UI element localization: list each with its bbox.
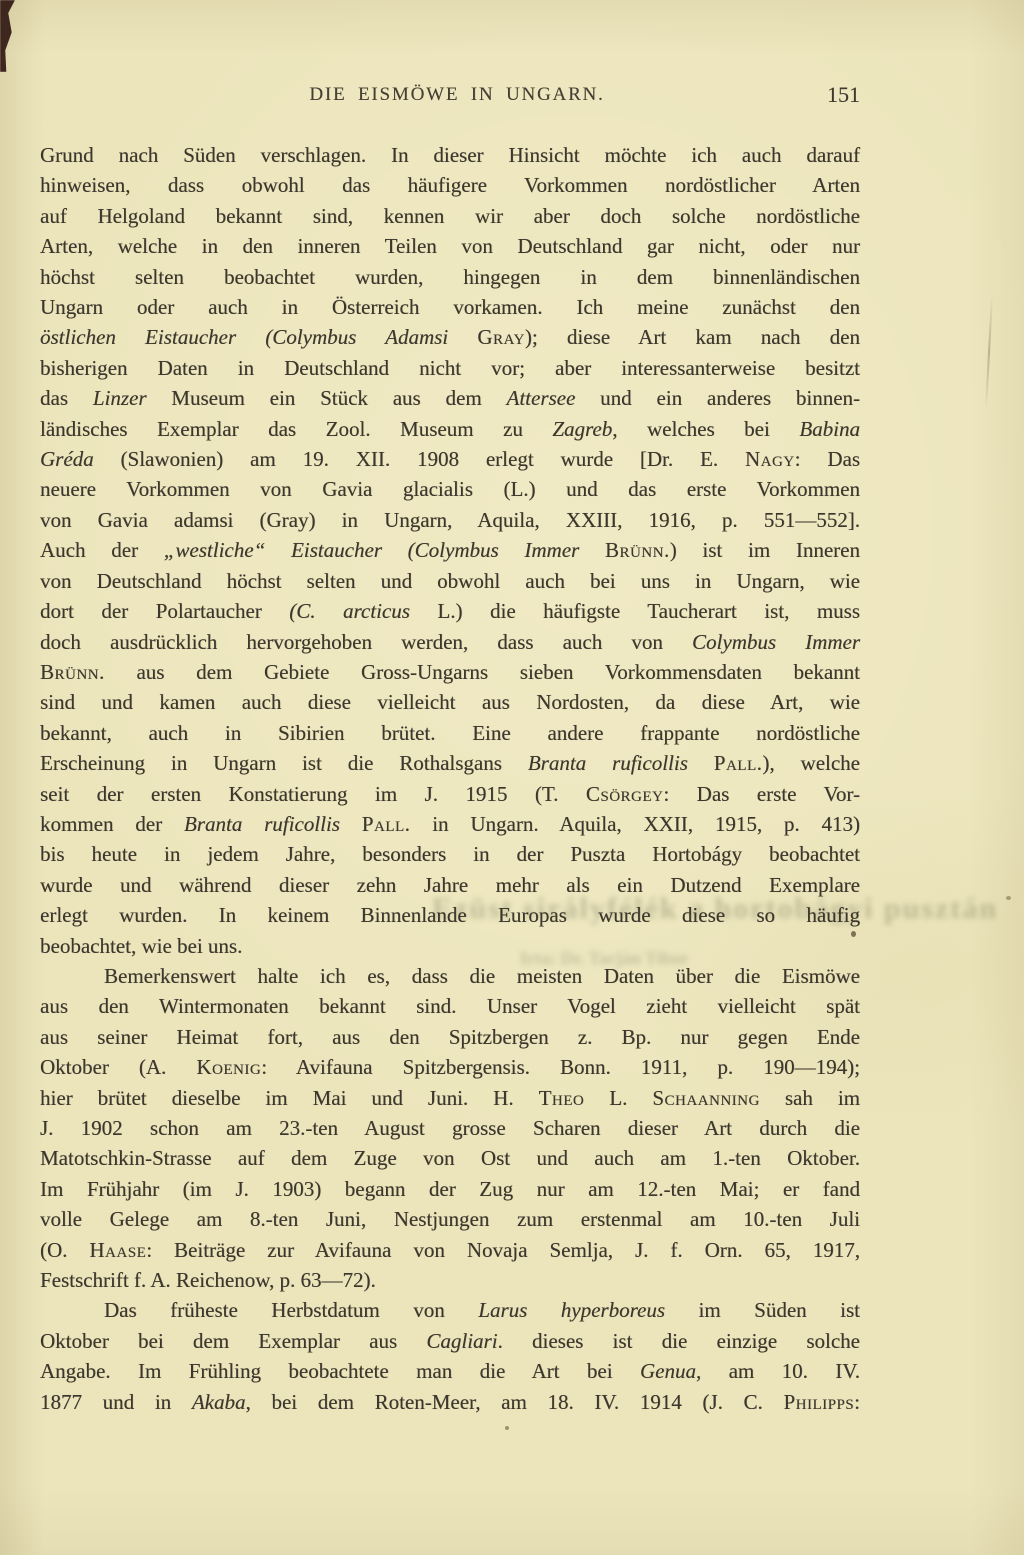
text-segment: Grund nach Süden verschlagen. In dieser … [40, 143, 860, 167]
body-text: Grund nach Süden verschlagen. In dieser … [40, 140, 860, 1417]
text-segment: Philipps [783, 1390, 854, 1414]
text-segment: in Ungarn. Aquila, XXII, 1915, p. 413) [410, 812, 860, 836]
text-segment: erlegt wurden. In keinem Binnenlande Eur… [40, 903, 860, 927]
text-segment: : Das [795, 447, 860, 471]
text-segment: das [40, 386, 93, 410]
text-line: doch ausdrücklich hervorgehoben werden, … [40, 627, 860, 657]
text-segment: höchst selten beobachtet wurden, hingege… [40, 265, 860, 289]
text-segment: Zagreb [552, 417, 612, 441]
page: DIE EISMÖWE IN UNGARN. 151 Ezüst sirályf… [0, 0, 1024, 1555]
text-segment: seit der ersten Konstatierung im J. 1915… [40, 782, 586, 806]
text-segment: . dieses ist die einzige solche [498, 1329, 860, 1353]
text-segment: Matotschkin-Strasse auf dem Zuge von Ost… [40, 1146, 860, 1170]
text-segment: hinweisen, dass obwohl das häufigere Vor… [40, 173, 860, 197]
text-segment: Nagy [745, 447, 795, 471]
text-segment: Attersee [507, 386, 576, 410]
text-segment: Bemerkenswert halte ich es, dass die mei… [104, 964, 860, 988]
text-segment: bis heute in jedem Jahre, besonders in d… [40, 842, 860, 866]
text-segment: Cagliari [426, 1329, 497, 1353]
text-segment: Haase [89, 1238, 146, 1262]
text-line: auf Helgoland bekannt sind, kennen wir a… [40, 201, 860, 231]
text-line: ländisches Exemplar das Zool. Museum zu … [40, 414, 860, 444]
running-title: DIE EISMÖWE IN UNGARN. [54, 84, 860, 106]
text-segment: ), welche [762, 751, 860, 775]
text-line: aus seiner Heimat fort, aus den Spitzber… [40, 1022, 860, 1052]
ink-smudge [0, 0, 15, 72]
text-line: bis heute in jedem Jahre, besonders in d… [40, 839, 860, 869]
text-segment: aus dem Gebiete Gross-Ungarns sieben Vor… [105, 660, 860, 684]
text-segment: Oktober bei dem Exemplar aus [40, 1329, 426, 1353]
text-segment: bisherigen Daten in Deutschland nicht vo… [40, 356, 860, 380]
text-line: seit der ersten Konstatierung im J. 1915… [40, 779, 860, 809]
page-number: 151 [827, 82, 860, 108]
text-line: wurde und während dieser zehn Jahre mehr… [40, 870, 860, 900]
text-segment: (C. arcticus [289, 599, 410, 623]
text-segment: : Beiträge zur Avifauna von Novaja Semlj… [146, 1238, 860, 1262]
text-segment: : Avifauna Spitzbergensis. Bonn. 1911, p… [261, 1055, 860, 1079]
text-segment: Babina [799, 417, 860, 441]
text-segment: Linzer [93, 386, 147, 410]
text-segment: Arten, welche in den inneren Teilen von … [40, 234, 860, 258]
text-segment: ländisches Exemplar das Zool. Museum zu [40, 417, 552, 441]
text-line: höchst selten beobachtet wurden, hingege… [40, 262, 860, 292]
text-line: aus den Wintermonaten bekannt sind. Unse… [40, 991, 860, 1021]
text-line: Brünn. aus dem Gebiete Gross-Ungarns sie… [40, 657, 860, 687]
text-line: Auch der „westliche“ Eistaucher (Colymbu… [40, 535, 860, 565]
text-line: Grund nach Süden verschlagen. In dieser … [40, 140, 860, 170]
text-line: Matotschkin-Strasse auf dem Zuge von Ost… [40, 1143, 860, 1173]
text-segment: doch ausdrücklich hervorgehoben werden, … [40, 630, 692, 654]
text-segment: , am 10. IV. [696, 1359, 860, 1383]
ink-speck [1006, 896, 1011, 900]
text-line: von Deutschland höchst selten und obwohl… [40, 566, 860, 596]
text-segment: Brünn. [40, 660, 105, 684]
text-segment: Genua [640, 1359, 696, 1383]
text-segment: L. [584, 1086, 652, 1110]
text-line: neuere Vorkommen von Gavia glacialis (L.… [40, 474, 860, 504]
text-segment [340, 812, 362, 836]
text-segment: Koenig [196, 1055, 261, 1079]
text-line: Im Frühjahr (im J. 1903) begann der Zug … [40, 1174, 860, 1204]
text-line: 1877 und in Akaba, bei dem Roten-Meer, a… [40, 1387, 860, 1417]
text-segment: Gréda [40, 447, 94, 471]
text-segment: wurde und während dieser zehn Jahre mehr… [40, 873, 860, 897]
text-line: Festschrift f. A. Reichenow, p. 63—72). [40, 1265, 860, 1295]
text-segment: kommen der [40, 812, 184, 836]
text-line: hinweisen, dass obwohl das häufigere Vor… [40, 170, 860, 200]
text-segment: Akaba [192, 1390, 246, 1414]
text-segment: (Slawonien) am 19. XII. 1908 erlegt wurd… [94, 447, 745, 471]
text-segment: , bei dem Roten-Meer, am 18. IV. 1914 (J… [246, 1390, 784, 1414]
text-line: Oktober (A. Koenig: Avifauna Spitzbergen… [40, 1052, 860, 1082]
text-segment: Csörgey [586, 782, 664, 806]
text-line: kommen der Branta ruficollis Pall. in Un… [40, 809, 860, 839]
text-line: Das früheste Herbstdatum von Larus hyper… [40, 1295, 860, 1325]
text-segment: Ungarn oder auch in Österreich vorkamen.… [40, 295, 860, 319]
text-segment: Gray [477, 325, 524, 349]
text-segment: von Deutschland höchst selten und obwohl… [40, 569, 860, 593]
text-line: bisherigen Daten in Deutschland nicht vo… [40, 353, 860, 383]
text-segment: ) ist im Inneren [670, 538, 860, 562]
text-segment: Auch der [40, 538, 164, 562]
text-segment: beobachtet, wie bei uns. [40, 934, 242, 958]
text-segment: dort der Polartaucher [40, 599, 289, 623]
text-line: sind und kamen auch diese vielleicht aus… [40, 687, 860, 717]
text-segment: Branta ruficollis [184, 812, 340, 836]
text-segment: und ein anderes binnen- [575, 386, 860, 410]
text-segment: Pall. [362, 812, 411, 836]
text-segment: , welches bei [612, 417, 799, 441]
text-line: Arten, welche in den inneren Teilen von … [40, 231, 860, 261]
text-segment: Museum ein Stück aus dem [147, 386, 507, 410]
text-line: östlichen Eistaucher (Colymbus Adamsi Gr… [40, 322, 860, 352]
text-line: bekannt, auch in Sibirien brütet. Eine a… [40, 718, 860, 748]
text-line: erlegt wurden. In keinem Binnenlande Eur… [40, 900, 860, 930]
text-segment: Erscheinung in Ungarn ist die Rothalsgan… [40, 751, 528, 775]
text-segment: Theo [539, 1086, 585, 1110]
text-segment: J. 1902 schon am 23.-ten August grosse S… [40, 1116, 860, 1140]
text-segment: „westliche“ Eistaucher (Colymbus Immer [164, 538, 605, 562]
text-line: (O. Haase: Beiträge zur Avifauna von Nov… [40, 1235, 860, 1265]
text-segment: östlichen Eistaucher (Colymbus Adamsi [40, 325, 477, 349]
ink-speck [505, 1426, 509, 1430]
text-segment: sind und kamen auch diese vielleicht aus… [40, 690, 860, 714]
text-segment: aus seiner Heimat fort, aus den Spitzber… [40, 1025, 860, 1049]
page-header: DIE EISMÖWE IN UNGARN. 151 [40, 84, 860, 110]
text-segment: ); diese Art kam nach den [525, 325, 860, 349]
text-line: hier brütet dieselbe im Mai und Juni. H.… [40, 1083, 860, 1113]
text-segment: Pall. [714, 751, 763, 775]
text-segment: bekannt, auch in Sibirien brütet. Eine a… [40, 721, 860, 745]
text-line: Gréda (Slawonien) am 19. XII. 1908 erleg… [40, 444, 860, 474]
text-segment: Oktober (A. [40, 1055, 196, 1079]
text-segment [688, 751, 714, 775]
text-line: Bemerkenswert halte ich es, dass die mei… [40, 961, 860, 991]
page-crease [985, 295, 993, 410]
text-segment: Larus hyperboreus [478, 1298, 665, 1322]
text-segment: L.) die häufigste Taucherart ist, muss [410, 599, 860, 623]
text-segment: aus den Wintermonaten bekannt sind. Unse… [40, 994, 860, 1018]
text-line: Oktober bei dem Exemplar aus Cagliari. d… [40, 1326, 860, 1356]
text-segment: Branta ruficollis [528, 751, 688, 775]
text-segment: 1877 und in [40, 1390, 192, 1414]
text-segment: (O. [40, 1238, 89, 1262]
text-segment: neuere Vorkommen von Gavia glacialis (L.… [40, 477, 860, 501]
text-segment: im Süden ist [665, 1298, 860, 1322]
text-segment: Colymbus Immer [692, 630, 860, 654]
text-segment: Im Frühjahr (im J. 1903) begann der Zug … [40, 1177, 860, 1201]
text-segment: Brünn. [605, 538, 670, 562]
text-line: volle Gelege am 8.-ten Juni, Nestjungen … [40, 1204, 860, 1234]
text-segment: von Gavia adamsi (Gray) in Ungarn, Aquil… [40, 508, 860, 532]
text-segment: : Das erste Vor- [663, 782, 860, 806]
text-segment: Das früheste Herbstdatum von [104, 1298, 478, 1322]
text-segment: Angabe. Im Frühling beobachtete man die … [40, 1359, 640, 1383]
text-segment: hier brütet dieselbe im Mai und Juni. H. [40, 1086, 539, 1110]
text-segment: : [854, 1390, 860, 1414]
text-segment: Schaanning [652, 1086, 760, 1110]
text-line: beobachtet, wie bei uns. [40, 931, 860, 961]
text-line: das Linzer Museum ein Stück aus dem Atte… [40, 383, 860, 413]
text-line: Angabe. Im Frühling beobachtete man die … [40, 1356, 860, 1386]
text-segment: auf Helgoland bekannt sind, kennen wir a… [40, 204, 860, 228]
text-segment: sah im [760, 1086, 860, 1110]
text-segment: volle Gelege am 8.-ten Juni, Nestjungen … [40, 1207, 860, 1231]
text-line: dort der Polartaucher (C. arcticus L.) d… [40, 596, 860, 626]
text-segment: Festschrift f. A. Reichenow, p. 63—72). [40, 1268, 376, 1292]
scanned-book-page: { "document": { "colors": { "paper": "#e… [0, 0, 1024, 1555]
text-line: Ungarn oder auch in Österreich vorkamen.… [40, 292, 860, 322]
text-line: Erscheinung in Ungarn ist die Rothalsgan… [40, 748, 860, 778]
text-line: von Gavia adamsi (Gray) in Ungarn, Aquil… [40, 505, 860, 535]
text-line: J. 1902 schon am 23.-ten August grosse S… [40, 1113, 860, 1143]
